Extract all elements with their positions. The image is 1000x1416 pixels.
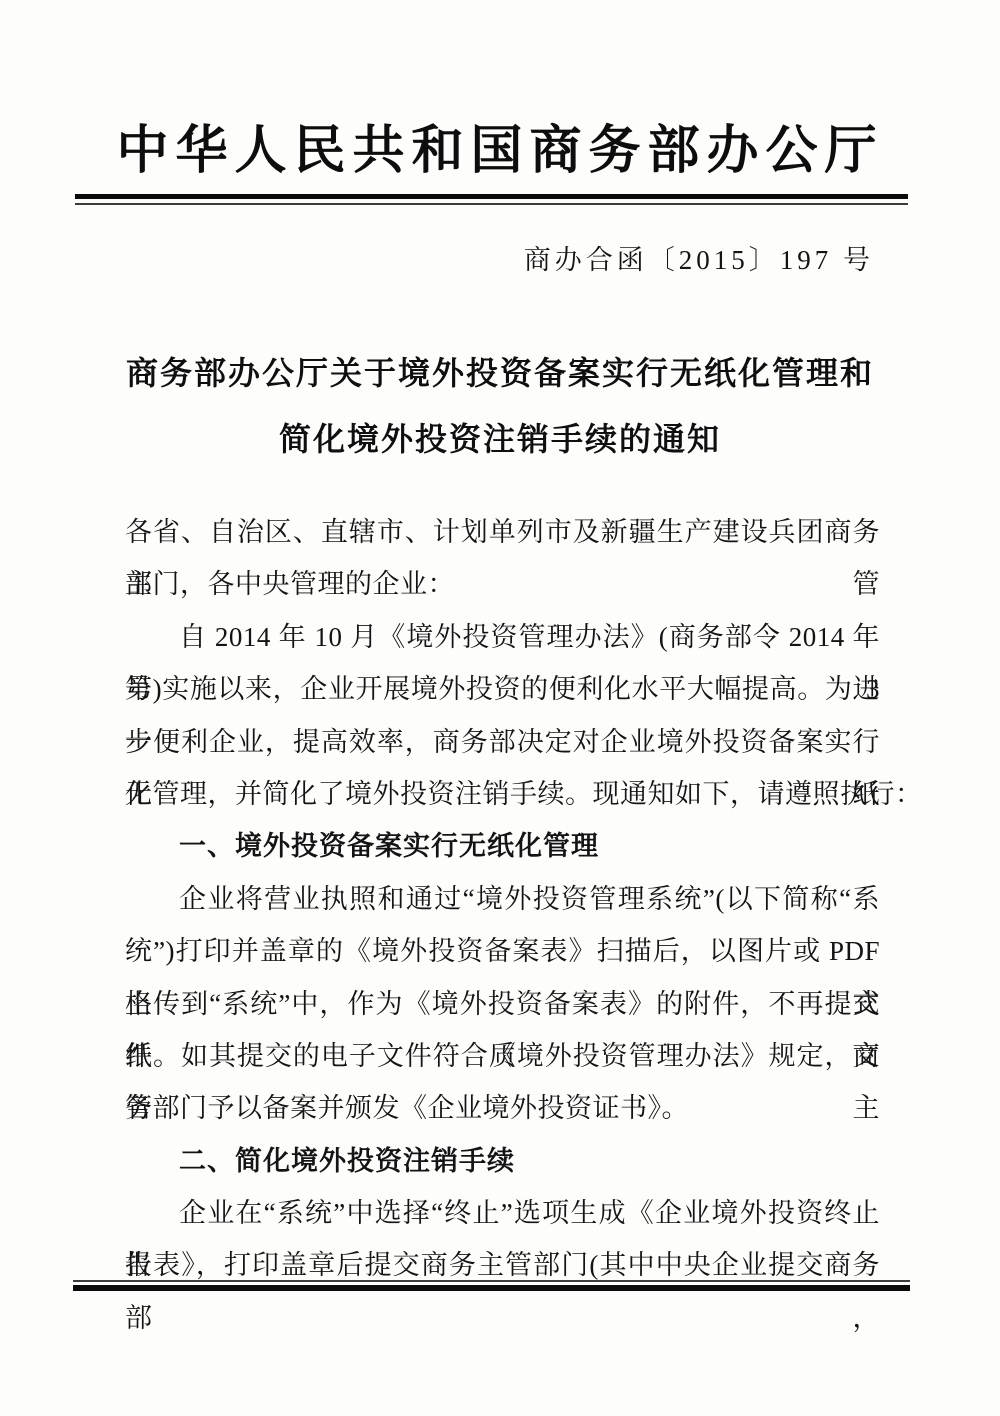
notice-title: 商务部办公厅关于境外投资备案实行无纸化管理和 简化境外投资注销手续的通知 [0,340,1000,472]
document-number: 商办合函〔2015〕197 号 [524,238,874,277]
document-page: 中华人民共和国商务部办公厅 商办合函〔2015〕197 号 商务部办公厅关于境外… [0,0,1000,1416]
section-heading: 一、境外投资备案实行无纸化管理 [125,820,880,872]
body-line: 自 2014 年 10 月《境外投资管理办法》(商务部令 2014 年第 3 [125,611,880,663]
masthead-title: 中华人民共和国商务部办公厅 [0,108,1000,183]
header-divider [75,194,908,205]
header-divider-thin-line [75,203,908,205]
body-line: 化管理，并简化了境外投资注销手续。现通知如下，请遵照执行： [125,768,880,820]
footer-divider [73,1280,910,1291]
header-divider-thick-line [75,194,908,199]
footer-divider-thin-line [73,1280,910,1282]
section-heading: 二、简化境外投资注销手续 [125,1135,880,1187]
body-line: 号)实施以来，企业开展境外投资的便利化水平大幅提高。为进一 [125,663,880,715]
body-line: 企业在“系统”中选择“终止”选项生成《企业境外投资终止报 [125,1187,880,1239]
body-line: 上传到“系统”中，作为《境外投资备案表》的附件，不再提交纸质文 [125,978,880,1030]
notice-title-line-1: 商务部办公厅关于境外投资备案实行无纸化管理和 [0,340,1000,406]
body-line: 步便利企业，提高效率，商务部决定对企业境外投资备案实行无纸 [125,716,880,768]
body-line: 件。如其提交的电子文件符合《境外投资管理办法》规定，商务主 [125,1030,880,1082]
document-body: 各省、自治区、直辖市、计划单列市及新疆生产建设兵团商务主管部门，各中央管理的企业… [125,506,880,1292]
footer-divider-thick-line [73,1285,910,1291]
notice-title-line-2: 简化境外投资注销手续的通知 [0,406,1000,472]
body-line: 各省、自治区、直辖市、计划单列市及新疆生产建设兵团商务主管 [125,506,880,558]
body-line: 企业将营业执照和通过“境外投资管理系统”(以下简称“系 [125,873,880,925]
body-line: 统”)打印并盖章的《境外投资备案表》扫描后，以图片或 PDF 格式 [125,925,880,977]
